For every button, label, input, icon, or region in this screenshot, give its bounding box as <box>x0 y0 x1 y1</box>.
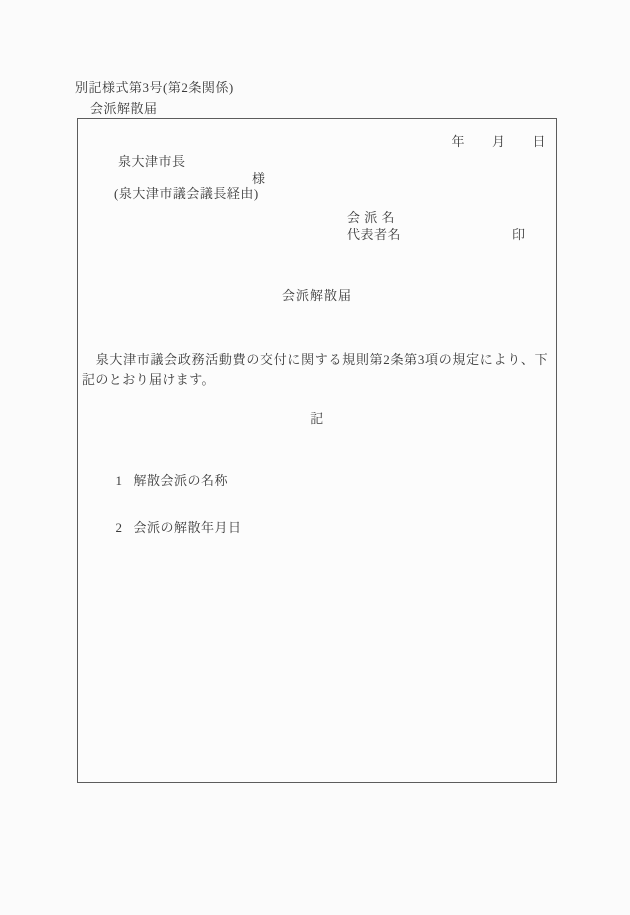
record-marker: 記 <box>78 411 556 427</box>
list-item-1: 1解散会派の名称 <box>93 457 228 505</box>
list-item-2: 2会派の解散年月日 <box>93 504 242 552</box>
form-caption: 会派解散届 <box>90 101 158 117</box>
representative-name-label: 代表者名 <box>347 227 401 243</box>
list-item-2-label: 会派の解散年月日 <box>134 520 242 535</box>
document-page: 別記様式第3号(第2条関係) 会派解散届 年 月 日 泉大津市長 様 (泉大津市… <box>0 0 630 915</box>
list-item-2-number: 2 <box>116 520 123 535</box>
form-number-label: 別記様式第3号(第2条関係) <box>75 80 234 96</box>
body-paragraph: 泉大津市議会政務活動費の交付に関する規則第2条第3項の規定により、下記のとおり届… <box>82 350 548 390</box>
list-item-1-label: 解散会派の名称 <box>134 473 229 488</box>
date-line: 年 月 日 <box>451 134 546 150</box>
group-name-label: 会 派 名 <box>347 210 395 226</box>
addressee-honorific: 様 <box>252 171 266 187</box>
list-item-1-number: 1 <box>116 473 123 488</box>
document-frame: 年 月 日 泉大津市長 様 (泉大津市議会議長経由) 会 派 名 代表者名 印 … <box>77 118 557 783</box>
via-chair-note: (泉大津市議会議長経由) <box>114 186 259 202</box>
document-title: 会派解散届 <box>78 288 556 304</box>
seal-mark: 印 <box>512 227 526 243</box>
addressee-name: 泉大津市長 <box>118 154 186 170</box>
